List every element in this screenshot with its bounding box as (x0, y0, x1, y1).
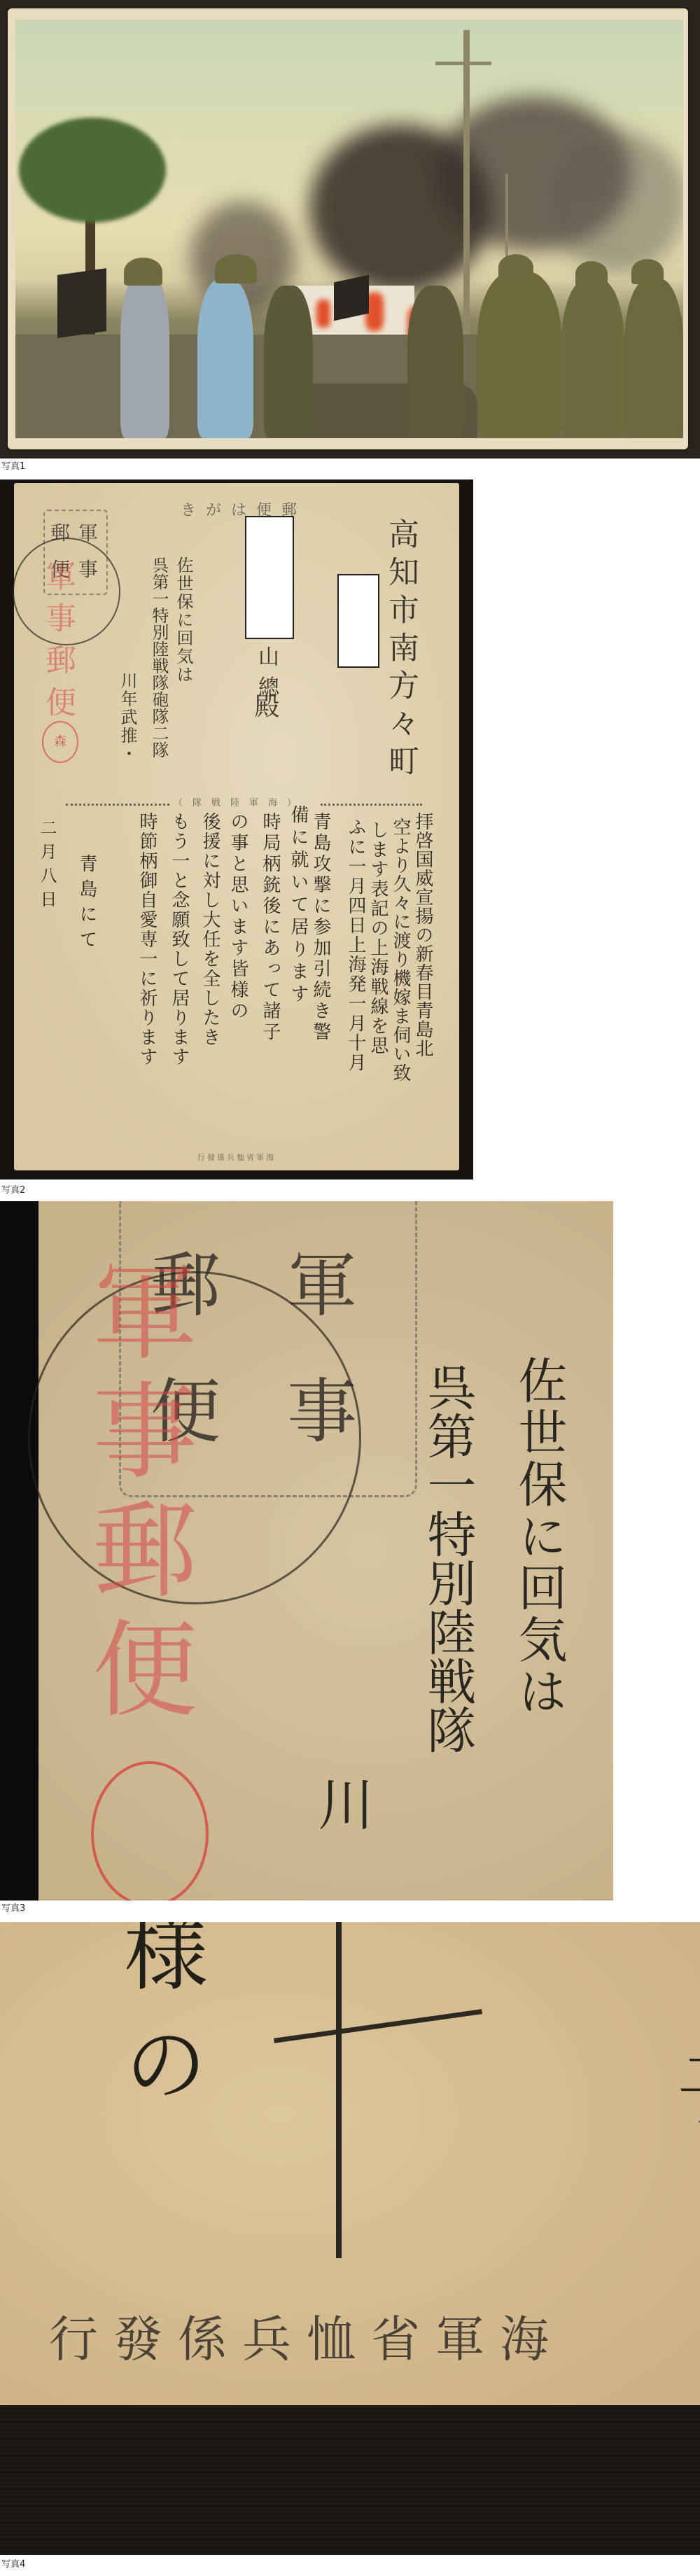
message-line-6: 備に就いて居ります (286, 805, 311, 1007)
divider-left (66, 804, 169, 806)
dark-cloth-background (0, 2405, 700, 2555)
helmet (575, 261, 608, 286)
message-date: 二月八日 (35, 819, 59, 914)
gun-shield (334, 275, 369, 321)
message-line-1: 拝啓国威宣揚の新春目青島北 (410, 812, 436, 1058)
helmet (124, 258, 162, 286)
redaction-box (245, 516, 294, 639)
tree-foliage (19, 118, 166, 223)
message-line-3: します表記の上海戦線を思 (365, 820, 391, 1056)
handwriting-stroke (336, 1922, 342, 2258)
sender-name: 川年武推・ (115, 672, 140, 763)
photo-3-stamp-closeup: 軍 事 郵 便 軍事郵便 佐世保に回気は 呉第一特別陸戦隊 川 (0, 1201, 613, 1900)
divider-right (321, 804, 422, 806)
photo-2-caption: 写真2 (1, 1185, 25, 1196)
soldier (561, 279, 624, 438)
message-line-2: 空より久々に渡り機嫁ま伺い致 (388, 818, 414, 1082)
publisher-imprint: 海軍省恤兵係發行 (197, 1151, 276, 1163)
photo-3-caption: 写真3 (1, 1903, 25, 1914)
soldier (264, 286, 313, 438)
message-line-8: の事と思います皆様の (225, 812, 251, 1022)
message-line-7: 時局柄銃後にあって諸子 (258, 812, 283, 1043)
card-edge-shadow (0, 1201, 38, 1900)
red-military-mail-stamp: 軍事郵便 (35, 560, 80, 728)
message-line-4: ふに一月四日上海発一月十月 (343, 818, 369, 1072)
recipient-name-partial: 山 總 (251, 645, 281, 699)
soldier (197, 279, 253, 438)
photo-2-postcard: 郵便はがき 軍 事 郵 便 軍事郵便 森 高知市南方々町 山 總 殿 佐世保に回… (0, 479, 473, 1179)
redaction-box (337, 574, 379, 668)
telegraph-crossbar (435, 62, 491, 65)
handwriting-fragment: 様の (98, 1922, 218, 2132)
soldier (477, 272, 561, 438)
red-military-mail-stamp: 軍事郵便 (59, 1257, 211, 1733)
recipient-address: 高知市南方々町 (378, 518, 423, 783)
publisher-imprint: 海軍省恤兵係發行 (49, 2300, 564, 2371)
message-place: 青島にて (74, 854, 100, 955)
fire (316, 300, 330, 328)
postcard-bottom: 様の 子 海軍省恤兵係發行 (0, 1922, 700, 2405)
sender-line-2: 呉第一特別陸戦隊砲隊二隊 (147, 556, 171, 758)
message-line-10: もう一と念願致して居ります (167, 812, 192, 1067)
sender-line-1: 佐世保に回気は (504, 1355, 575, 1718)
sender-name-partial: 川 (301, 1775, 381, 1833)
soldier (407, 286, 463, 438)
handwriting-stroke (274, 2009, 482, 2043)
helmet (215, 254, 257, 283)
photo-4-caption: 写真4 (1, 2559, 25, 2570)
photo-1-caption: 写真1 (1, 461, 25, 472)
handwriting-fragment: 子 (651, 2048, 700, 2134)
sender-line-2: 呉第一特別陸戦隊 (413, 1362, 484, 1754)
recipient-honorific: 殿 (247, 693, 283, 720)
smoke-plume (547, 132, 683, 272)
gun-shield (57, 268, 106, 338)
message-line-5: 青島攻撃に参加引続き警 (308, 812, 334, 1043)
sender-line-1: 佐世保に回気は (171, 556, 196, 684)
postcard: 郵便はがき 軍 事 郵 便 軍事郵便 森 高知市南方々町 山 總 殿 佐世保に回… (14, 483, 459, 1170)
soldier (120, 272, 169, 438)
helmet (631, 259, 664, 284)
message-line-11: 時節柄御自愛専一に祈ります (134, 812, 160, 1067)
colorized-photo (15, 20, 683, 438)
message-line-9: 後援に対し大任を全したき (197, 812, 223, 1047)
photo-1-battle-scene (0, 0, 700, 458)
photo-4-imprint-closeup: 様の 子 海軍省恤兵係發行 (0, 1922, 700, 2555)
helmet (498, 254, 533, 281)
red-seal: 森 (42, 721, 78, 763)
red-seal (91, 1761, 209, 1900)
soldier (624, 279, 683, 438)
